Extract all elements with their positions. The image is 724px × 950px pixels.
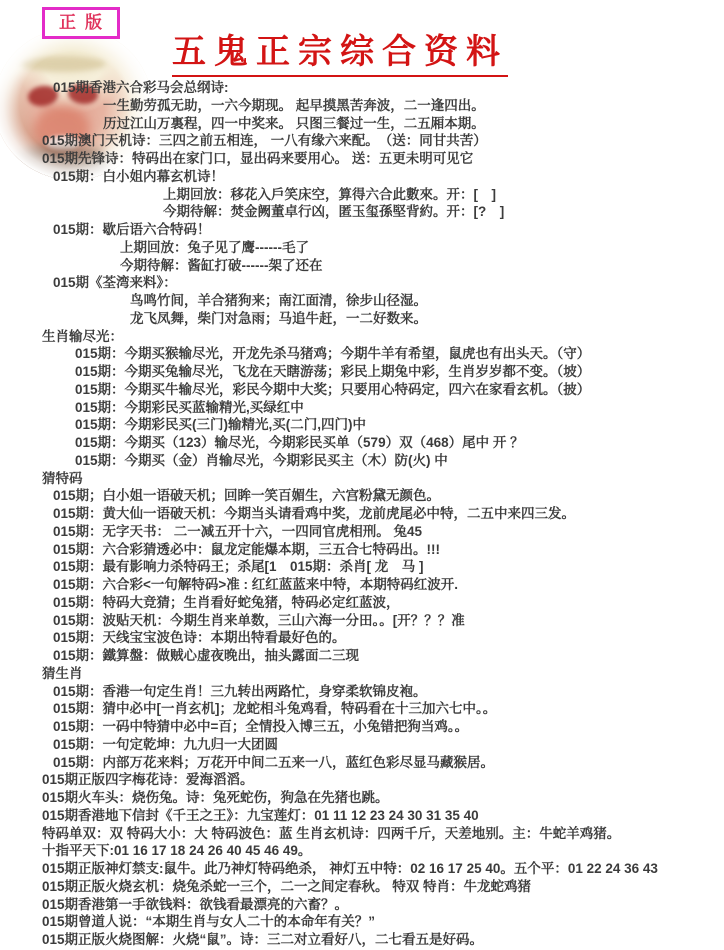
text-line: 生肖输尽光： [42,328,724,346]
text-line: 015期：黄大仙一语破天机：今期当头请看鸡中奖，龙前虎尾必中特，二五中来四三发。 [53,505,724,523]
text-line: 015期：今期买兔输尽光，飞龙在天瞎游荡；彩民上期兔中彩，生肖岁岁都不变。（坡） [75,363,724,381]
text-line: 015期：天线宝宝波色诗：本期出特看最好色的。 [53,629,724,647]
text-line: 猜特码 [42,470,724,488]
text-line: 龙飞凤舞，柴门对急雨；马追牛赶，一二好数来。 [130,310,724,328]
text-line: 015期：香港一句定生肖！三九转出两路忙，身穿柔软锦皮袍。 [53,683,724,701]
text-line: 015期正版火烧玄机：烧兔杀蛇一三个，二一之间定春秋。 特双 特肖：牛龙蛇鸡猪 [42,878,724,896]
text-line: 015期：六合彩猜透必中：鼠龙定能爆本期，三五合七特码出。!!! [53,541,724,559]
text-line: 015期：六合彩<一句解特码>准 : 红红蓝蓝来中特，本期特码红波开. [53,576,724,594]
text-line: 015期澳门天机诗：三四之前五相连， 一八有缘六来配。 （送：同甘共苦） [42,132,724,150]
page: 正版 五鬼正宗综合资料 015期香港六合彩马会总纲诗:一生勤劳孤无助，一六今期现… [0,0,724,950]
text-line: 015期曾道人说：“本期生肖与女人二十的本命年有关？” [42,913,724,931]
text-line: 015期：猜中必中[一肖玄机]；龙蛇相斗兔鸡看，特码看在十三加六七中。。 [53,700,724,718]
text-line: 015期：最有影响力杀特码王；杀尾[1 015期：杀肖[ 龙 马 ] [53,558,724,576]
text-line: 015期火车头：烧伤兔。诗：兔死蛇伤，狗急在先猪也跳。 [42,789,724,807]
text-line: 015期：内部万花来料；万花开中间二五来一八，蓝红色彩尽显马藏猴居。 [53,754,724,772]
text-line: 015期香港六合彩马会总纲诗: [53,79,724,97]
text-line: 015期：一码中特猜中必中=百；全情投入博三五，小兔错把狗当鸡。。 [53,718,724,736]
text-line: 015期：今期彩民买蓝输精光,买绿红中 [75,399,724,417]
text-line: 015期；白小姐一语破天机；回眸一笑百媚生，六宫粉黛无颜色。 [53,487,724,505]
text-line: 015期正版火烧图解：火烧“鼠”。诗：三二对立看好八，二七看五是好码。 [42,931,724,949]
text-line: 鸟鸣竹间，羊合猪狗来；南江面清，徐步山径湿。 [130,292,724,310]
text-line: 015期香港地下信封《千王之王》：九宝莲灯：01 11 12 23 24 30 … [42,807,724,825]
text-line: 015期：一句定乾坤：九九归一大团圆 [53,736,724,754]
text-line: 今期待解：焚金阙董卓行凶，匿玉玺孫堅背約。开：[? ] [163,203,724,221]
text-line: 历过江山万裏程，四一中奖来。 只图三餐过一生，二五厢本期。 [103,115,724,133]
text-line: 015期：今期买牛输尽光，彩民今期中大奖；只要用心特码定，四六在家看玄机。（披） [75,381,724,399]
text-line: 015期先锋诗：特码出在家门口，显出码来要用心。 送：五更未明可见它 [42,150,724,168]
text-line: 015期：鐵算盤：做贼心虚夜晚出，抽头露面二三现 [53,647,724,665]
text-line: 015期：今期买（金）肖输尽光，今期彩民买主（木）防(火) 中 [75,452,724,470]
text-line: 015期：今期买（123）输尽光，今期彩民买单（579）双（468）尾中 开 ？ [75,434,724,452]
text-line: 015期：今期买猴输尽光，开龙先杀马猪鸡；今期牛羊有希望，鼠虎也有出头天。（守） [75,345,724,363]
text-line: 特码单双：双 特码大小：大 特码波色：蓝 生肖玄机诗：四两千斤，天差地别。主：牛… [42,825,724,843]
text-line: 上期回放：移花入戶笑床空，算得六合此數來。开：[ ] [163,186,724,204]
text-line: 015期正版四字梅花诗：爱海滔滔。 [42,771,724,789]
content-lines: 015期香港六合彩马会总纲诗:一生勤劳孤无助，一六今期现。 起早摸黑苦奔波，二一… [0,79,724,949]
text-line: 十指平天下:01 16 17 18 24 26 40 45 46 49。 [42,842,724,860]
text-line: 015期正版神灯禁支:鼠牛。此乃神灯特码绝杀， 神灯五中特：02 16 17 2… [42,860,724,878]
text-line: 015期《荃湾来料》： [53,274,724,292]
authentic-stamp: 正版 [42,7,120,39]
text-line: 一生勤劳孤无助，一六今期现。 起早摸黑苦奔波，二一逢四出。 [103,97,724,115]
text-line: 今期待解：酱缸打破------架了还在 [120,257,724,275]
text-line: 015期：无字天书： 二一减五开十六，一四同官虎相刑。 兔45 [53,523,724,541]
text-line: 015期：波贴天机：今期生肖来单数，三山六海一分田。。[开？？？准 [53,612,724,630]
text-line: 猜生肖 [42,665,724,683]
text-line: 015期：今期彩民买(三门)输精光,买(二门,四门)中 [75,416,724,434]
text-line: 015期：白小姐内幕玄机诗！ [53,168,724,186]
text-line: 上期回放：兔子见了鹰------毛了 [120,239,724,257]
text-line: 015期香港第一手欲钱料：欲钱看最漂亮的六畜？。 [42,896,724,914]
text-line: 015期：特码大竞猜；生肖看好蛇兔猪，特码必定红蓝波， [53,594,724,612]
page-title: 五鬼正宗综合资料 [172,24,508,77]
text-line: 015期：歇后语六合特码！ [53,221,724,239]
